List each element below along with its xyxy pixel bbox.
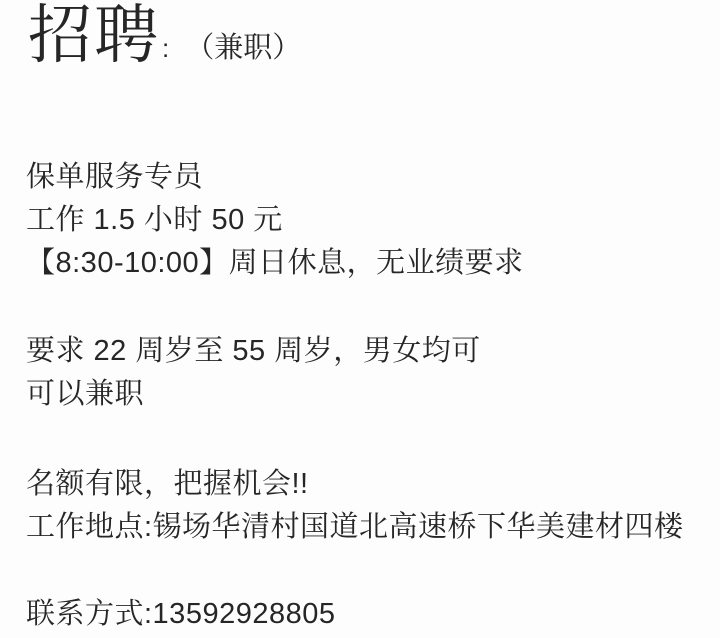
section-requirements: 要求 22 周岁至 55 周岁，男女均可 可以兼职 xyxy=(26,330,712,416)
urgency-line: 名额有限，把握机会!! xyxy=(26,463,712,506)
section-call-to-action: 名额有限，把握机会!! 工作地点:锡场华清村国道北高速桥下华美建材四楼 xyxy=(26,463,712,549)
title-main-text: 招聘 xyxy=(28,0,160,71)
location-line: 工作地点:锡场华清村国道北高速桥下华美建材四楼 xyxy=(26,506,712,549)
title-colon: : xyxy=(162,33,169,63)
title-subtitle: （兼职） xyxy=(185,32,301,64)
section-job-overview: 保单服务专员 工作 1.5 小时 50 元 【8:30-10:00】周日休息，无… xyxy=(26,156,712,285)
job-title-line: 保单服务专员 xyxy=(26,156,712,199)
page-title: 招聘:（兼职） xyxy=(28,0,301,89)
section-contact: 联系方式:13592928805 xyxy=(26,593,712,636)
pay-line: 工作 1.5 小时 50 元 xyxy=(26,199,712,242)
contact-phone-line: 联系方式:13592928805 xyxy=(26,593,712,636)
age-requirement-line: 要求 22 周岁至 55 周岁，男女均可 xyxy=(26,330,712,373)
part-time-line: 可以兼职 xyxy=(26,373,712,416)
schedule-line: 【8:30-10:00】周日休息，无业绩要求 xyxy=(26,242,712,285)
recruitment-notice-page: 招聘:（兼职） 保单服务专员 工作 1.5 小时 50 元 【8:30-10:0… xyxy=(0,0,720,638)
